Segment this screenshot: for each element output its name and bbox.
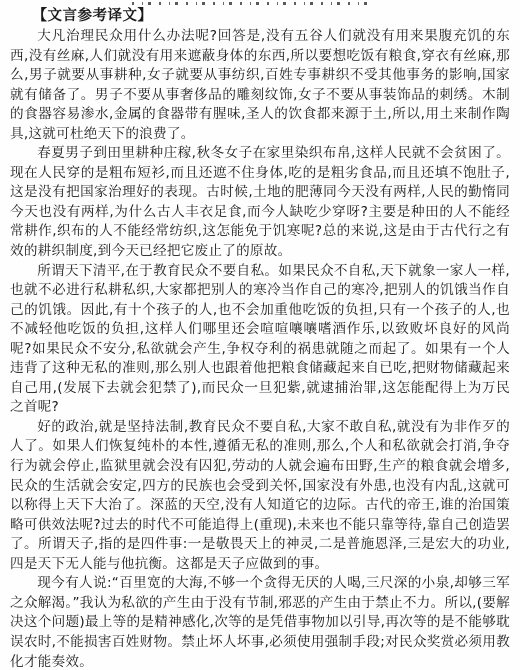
paragraph-farming-weaving: 春夏男子到田里耕种庄稼,秋冬女子在家里染织布帛,这样人民就不会贫困了。现在人民穿… bbox=[10, 144, 510, 261]
paragraph-unselfish-people: 所谓天下清平,在于教育民众不要自私。如果民众不自私,天下就象一家人一样,也就不必… bbox=[10, 262, 510, 418]
paragraph-good-governance: 好的政治,就是坚持法制,教育民众不要自私,大家不敢自私,就没有为非作歹的人了。如… bbox=[10, 418, 510, 574]
section-title: 【文言参考译文】 bbox=[10, 6, 510, 27]
document-page: 【文言参考译文】 大凡治理民众用什么办法呢?回答是,没有五谷人们就没有用来果腹充… bbox=[0, 0, 520, 670]
paragraph-governing-people: 大凡治理民众用什么办法呢?回答是,没有五谷人们就没有用来果腹充饥的东西,没有丝麻… bbox=[10, 27, 510, 144]
clipped-previous-line bbox=[132, 2, 367, 5]
paragraph-desire-and-restraint: 现今有人说:“百里宽的大海,不够一个贪得无厌的人喝,三尺深的小泉,却够三军之众解… bbox=[10, 574, 510, 670]
